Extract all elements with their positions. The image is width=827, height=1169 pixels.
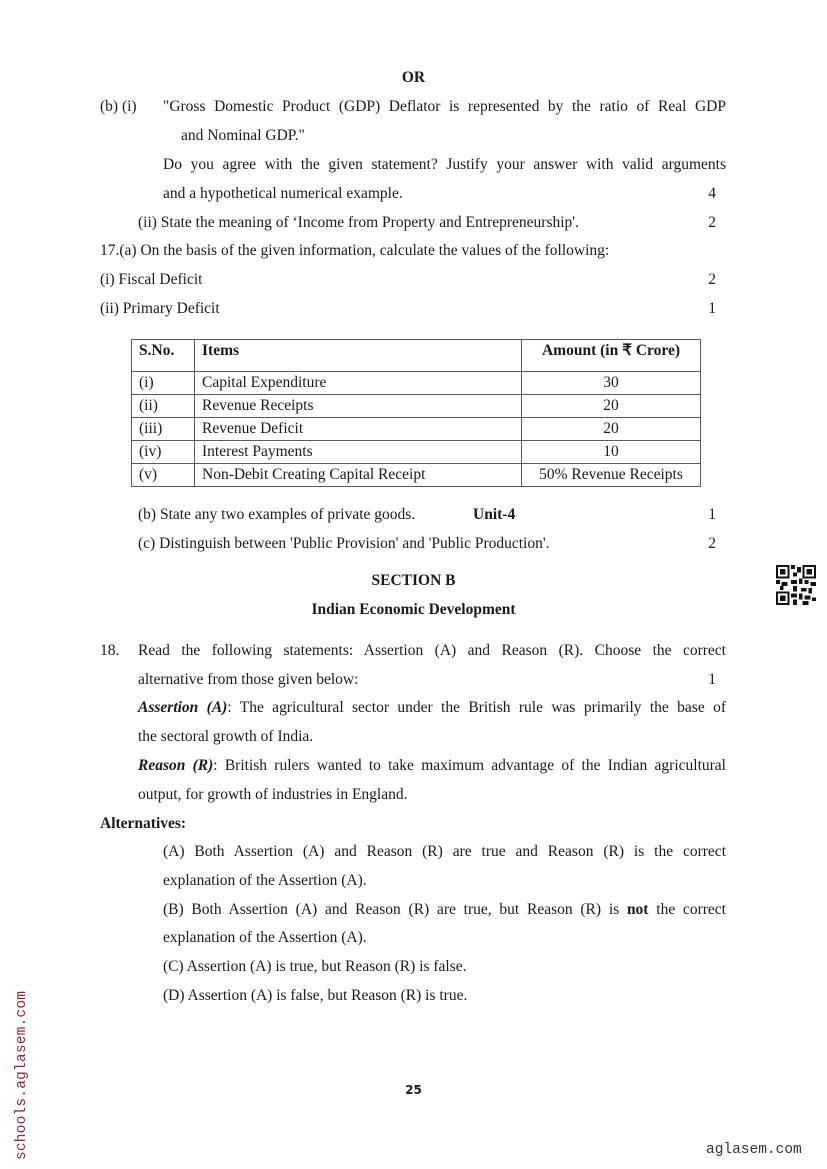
- reason-label: Reason (R): [138, 757, 213, 774]
- q17-part-c: (c) Distinguish between 'Public Provisio…: [138, 535, 550, 553]
- q16b-part-ii-marks: 2: [700, 214, 716, 232]
- q16b-label: (b) (i): [100, 98, 137, 116]
- table-row: (ii)Revenue Receipts20: [132, 395, 701, 418]
- page-number: 25: [0, 1083, 827, 1097]
- q17-fiscal-deficit-marks: 2: [700, 271, 716, 289]
- q17-primary-deficit-marks: 1: [700, 300, 716, 318]
- row-sno: (ii): [132, 395, 195, 418]
- row-amount: 20: [522, 395, 701, 418]
- q18-assertion-line1: Assertion (A): The agricultural sector u…: [138, 699, 726, 717]
- q18-reason-line1: Reason (R): British rulers wanted to tak…: [138, 757, 726, 775]
- q18-reason-line2: output, for growth of industries in Engl…: [138, 786, 408, 804]
- q17-part-c-marks: 2: [700, 535, 716, 553]
- q16b-part-ii: (ii) State the meaning of ‘Income from P…: [138, 214, 579, 232]
- assertion-text: : The agricultural sector under the Brit…: [227, 699, 726, 716]
- table-header-row: S.No. Items Amount (in ₹ Crore): [132, 340, 701, 372]
- q18-number: 18.: [100, 642, 119, 660]
- header-items: Items: [195, 340, 522, 372]
- row-sno: (i): [132, 372, 195, 395]
- row-item: Revenue Receipts: [195, 395, 522, 418]
- unit-label: Unit-4: [473, 506, 515, 524]
- alt-b-pre: (B) Both Assertion (A) and Reason (R) ar…: [163, 901, 619, 918]
- alt-d: (D) Assertion (A) is false, but Reason (…: [163, 987, 467, 1005]
- qr-code-icon: [776, 565, 816, 605]
- q16b-ask-line2: and a hypothetical numerical example.: [163, 185, 403, 203]
- q18-marks: 1: [700, 671, 716, 689]
- row-amount: 50% Revenue Receipts: [522, 464, 701, 487]
- alt-a-line2: explanation of the Assertion (A).: [163, 872, 367, 890]
- section-b-subtitle: Indian Economic Development: [0, 601, 827, 619]
- row-item: Revenue Deficit: [195, 418, 522, 441]
- q16b-quote-line1: "Gross Domestic Product (GDP) Deflator i…: [163, 98, 726, 116]
- row-amount: 20: [522, 418, 701, 441]
- alt-b-line2: explanation of the Assertion (A).: [163, 929, 367, 947]
- table-row: (i)Capital Expenditure30: [132, 372, 701, 395]
- row-amount: 30: [522, 372, 701, 395]
- assertion-label: Assertion (A): [138, 699, 227, 716]
- q17-intro: 17.(a) On the basis of the given informa…: [100, 242, 609, 260]
- q16b-ask-marks: 4: [700, 185, 716, 203]
- side-watermark: schools.aglasem.com: [14, 991, 30, 1160]
- q17-part-b: (b) State any two examples of private go…: [138, 506, 415, 524]
- row-item: Capital Expenditure: [195, 372, 522, 395]
- q16b-ask-line1: Do you agree with the given statement? J…: [163, 156, 726, 174]
- budget-data-table: S.No. Items Amount (in ₹ Crore) (i)Capit…: [131, 339, 701, 487]
- row-sno: (iii): [132, 418, 195, 441]
- row-item: Non-Debit Creating Capital Receipt: [195, 464, 522, 487]
- table-row: (iii)Revenue Deficit20: [132, 418, 701, 441]
- q17-primary-deficit: (ii) Primary Deficit: [100, 300, 220, 318]
- alt-b-not: not: [627, 901, 649, 918]
- row-item: Interest Payments: [195, 441, 522, 464]
- alt-b-post: the correct: [656, 901, 726, 918]
- q17-part-b-marks: 1: [700, 506, 716, 524]
- alt-a-line1: (A) Both Assertion (A) and Reason (R) ar…: [163, 843, 726, 861]
- row-amount: 10: [522, 441, 701, 464]
- or-heading: OR: [0, 69, 827, 87]
- table-row: (iv)Interest Payments10: [132, 441, 701, 464]
- section-b-title: SECTION B: [0, 572, 827, 590]
- alt-b-line1: (B) Both Assertion (A) and Reason (R) ar…: [163, 901, 726, 919]
- header-sno: S.No.: [132, 340, 195, 372]
- table-row: (v)Non-Debit Creating Capital Receipt50%…: [132, 464, 701, 487]
- bottom-watermark: aglasem.com: [706, 1142, 802, 1158]
- alternatives-heading: Alternatives:: [100, 815, 186, 833]
- q16b-quote-line2: and Nominal GDP.": [181, 127, 305, 145]
- reason-text: : British rulers wanted to take maximum …: [213, 757, 726, 774]
- row-sno: (v): [132, 464, 195, 487]
- q18-intro-line2: alternative from those given below:: [138, 671, 358, 689]
- header-amount: Amount (in ₹ Crore): [522, 340, 701, 372]
- q17-fiscal-deficit: (i) Fiscal Deficit: [100, 271, 202, 289]
- row-sno: (iv): [132, 441, 195, 464]
- q18-intro-line1: Read the following statements: Assertion…: [138, 642, 726, 660]
- q18-assertion-line2: the sectoral growth of India.: [138, 728, 313, 746]
- alt-c: (C) Assertion (A) is true, but Reason (R…: [163, 958, 467, 976]
